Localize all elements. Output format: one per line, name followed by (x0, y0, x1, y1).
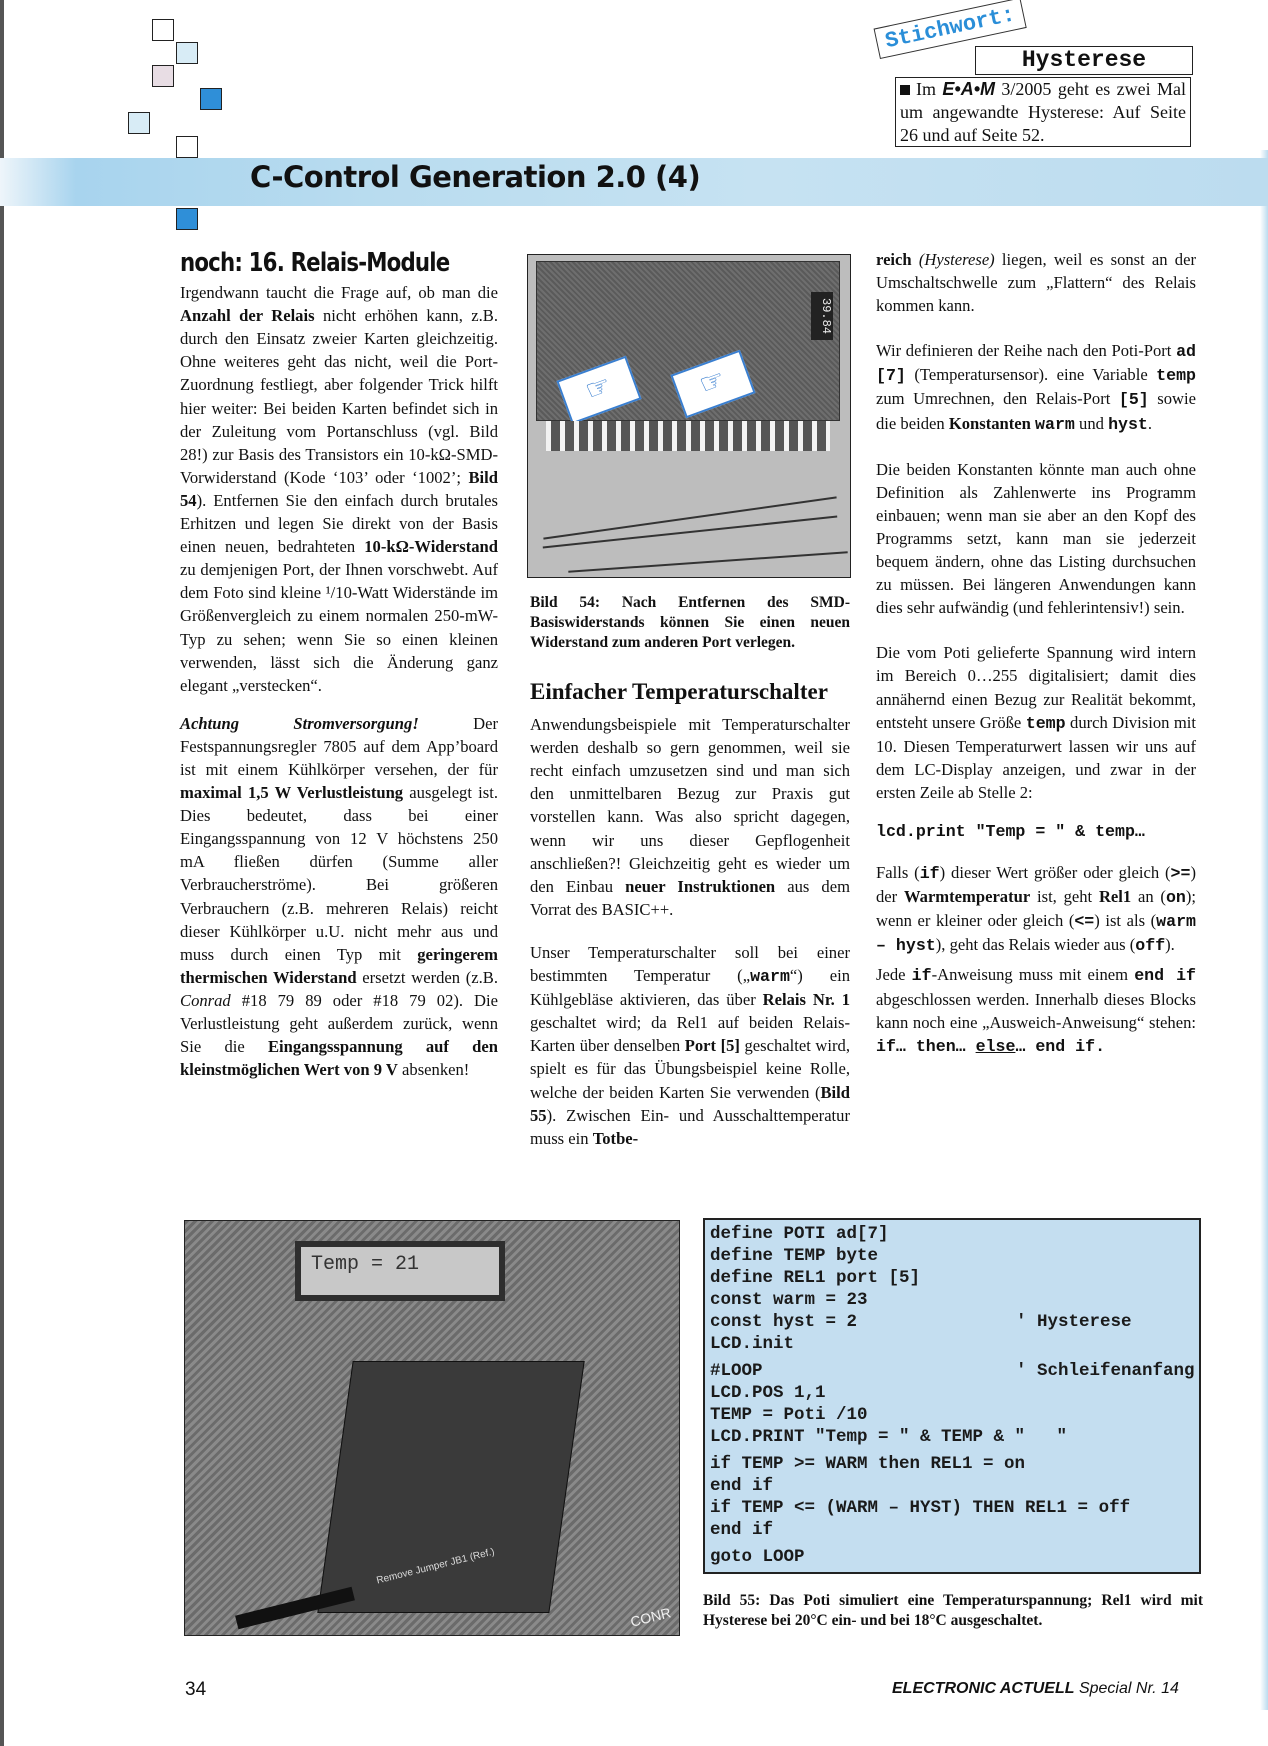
text-run: und (1075, 414, 1108, 433)
text-run: Anwendungsbeispiele mit Temperaturschalt… (530, 715, 850, 896)
text-run: end if (1134, 966, 1196, 985)
text-run: else (976, 1037, 1016, 1056)
text-run: (Hysterese) (919, 250, 995, 269)
code-text: end if (710, 1476, 773, 1496)
column-3: reich (Hysterese) liegen, weil es sonst … (876, 248, 1196, 1073)
paragraph: Unser Temperaturschalter soll bei einer … (530, 941, 850, 1150)
text-run: if (920, 864, 940, 883)
code-text: #LOOP (710, 1361, 763, 1381)
resistor-wire (568, 551, 847, 573)
edge-connector (546, 421, 830, 451)
code-line: define POTI ad[7] (710, 1223, 1194, 1245)
paragraph: Wir definieren der Reihe nach den Poti-P… (876, 339, 1196, 435)
stichwort-heading: Hysterese (975, 46, 1193, 75)
inline-code-line: lcd.print "Temp = " & temp… (876, 820, 1196, 843)
board-corner-print: CONR (628, 1604, 672, 1630)
text-run: 10-kΩ-Widerstand (364, 537, 498, 556)
text-run: … end if. (1015, 1037, 1105, 1056)
text-run: Port [5] (685, 1036, 740, 1055)
stichwort-box: Im E•A•M 3/2005 geht es zwei Mal um ange… (895, 77, 1191, 147)
code-line: const warm = 23 (710, 1289, 1194, 1311)
column-2: Einfacher Temperaturschalter Anwendungsb… (530, 680, 850, 1165)
magazine-name: E•A•M (942, 79, 995, 99)
decorative-square (128, 112, 150, 134)
section-heading: noch: 16. Relais-Module (180, 252, 441, 275)
code-text: TEMP = Poti /10 (710, 1405, 868, 1425)
code-text: goto LOOP (710, 1547, 805, 1567)
text-run: . (1148, 414, 1152, 433)
text-run: Irgendwann taucht die Frage auf, ob man … (180, 283, 498, 302)
square-bullet-icon (900, 85, 910, 95)
text-run: -Anweisung muss mit einem (932, 965, 1135, 984)
text-run: Rel1 (1099, 887, 1131, 906)
text-run: an ( (1131, 887, 1166, 906)
code-line: LCD.init (710, 1333, 1194, 1355)
text-run: temp (1026, 714, 1066, 733)
code-line: TEMP = Poti /10 (710, 1404, 1194, 1426)
publication-footer: ELECTRONIC ACTUELL Special Nr. 14 (892, 1680, 1179, 1698)
text-run: Warmtemperatur (904, 887, 1030, 906)
code-line: #LOOP' Schleifenanfang (710, 1360, 1194, 1382)
code-line: define REL1 port [5] (710, 1267, 1194, 1289)
stichwort-prefix: Im (916, 79, 936, 99)
decorative-square (176, 136, 198, 158)
text-run: ist, geht (1030, 887, 1099, 906)
text-run: reich (876, 250, 912, 269)
text-run: neuer Instruktionen (625, 877, 775, 896)
text-run: (Temperatursensor). eine Variable (906, 365, 1156, 384)
text-run: ausgelegt ist. Dies bedeutet, dass bei e… (180, 783, 498, 964)
board-label: 39.84 (811, 292, 833, 340)
paragraph: Achtung Stromversorgung! Der Festspannun… (180, 712, 498, 1082)
subsection-heading: Einfacher Temperaturschalter (530, 680, 850, 703)
text-run: Jede (876, 965, 912, 984)
column-1: noch: 16. Relais-Module Irgendwann tauch… (180, 252, 498, 1096)
decorative-square (152, 65, 174, 87)
figure-54-photo: 39.84 ☞ ☞ (527, 254, 851, 578)
code-line: if TEMP <= (WARM – HYST) THEN REL1 = off (710, 1497, 1194, 1519)
decorative-square (176, 42, 198, 64)
text-run: Falls ( (876, 863, 920, 882)
code-line: define TEMP byte (710, 1245, 1194, 1267)
text-run: ), geht das Relais wieder aus ( (936, 935, 1136, 954)
text-run: temp (1156, 366, 1196, 385)
code-text: define REL1 port [5] (710, 1268, 920, 1288)
text-run: Conrad (180, 991, 231, 1010)
code-text: if TEMP >= WARM then REL1 = on (710, 1454, 1025, 1474)
text-run: ). (1165, 935, 1175, 954)
figure-55-photo: Temp = 21 Remove Jumper JB1 (Ref.) CONR (184, 1220, 680, 1636)
code-line: if TEMP >= WARM then REL1 = on (710, 1453, 1194, 1475)
code-line: const hyst = 2' Hysterese (710, 1311, 1194, 1333)
code-text: end if (710, 1520, 773, 1540)
text-run: ). Zwischen Ein- und Ausschalttemperatur… (530, 1106, 850, 1148)
text-run: warm (750, 967, 790, 986)
figure-55-caption: Bild 55: Das Poti simuliert eine Tempera… (703, 1591, 1203, 1631)
code-line: LCD.POS 1,1 (710, 1382, 1194, 1404)
text-run: [5] (1119, 390, 1149, 409)
text-run: Achtung Stromversorgung! (180, 714, 419, 733)
text-run: zu demjenigen Port, der Ihnen vorschwebt… (180, 560, 498, 694)
decorative-square (200, 88, 222, 110)
figure-54-caption: Bild 54: Nach Entfernen des SMD-Basiswid… (530, 593, 850, 653)
text-run: >= (1171, 864, 1191, 883)
code-comment: ' Hysterese (1016, 1311, 1132, 1333)
text-run: ) ist als ( (1094, 911, 1156, 930)
page-scan-edge (0, 0, 4, 1746)
code-line: end if (710, 1475, 1194, 1497)
code-text: LCD.PRINT "Temp = " & TEMP & " " (710, 1427, 1067, 1447)
code-text: const hyst = 2 (710, 1312, 857, 1332)
text-run (912, 250, 919, 269)
text-run: Wir definieren der Reihe nach den Poti-P… (876, 341, 1176, 360)
text-run: Die beiden Konstanten könnte man auch oh… (876, 460, 1196, 618)
text-run: ersetzt werden (z.B. (357, 968, 498, 987)
code-text: define TEMP byte (710, 1246, 878, 1266)
text-run: <= (1074, 912, 1094, 931)
text-run: Totbe- (593, 1129, 639, 1148)
lcd-display: Temp = 21 (295, 1241, 505, 1301)
code-text: LCD.init (710, 1334, 794, 1354)
text-run: abgeschlossen werden. Innerhalb dieses B… (876, 990, 1196, 1032)
text-run: zum Umrechnen, den Relais-Port (876, 389, 1119, 408)
text-run: warm (1035, 415, 1075, 434)
text-run: ) dieser Wert größer oder gleich ( (940, 863, 1171, 882)
text-run: if… then… (876, 1037, 976, 1056)
text-run: Relais Nr. 1 (763, 990, 850, 1009)
publication-issue: Special Nr. 14 (1075, 1680, 1179, 1697)
paragraph: Falls (if) dieser Wert größer oder gleic… (876, 861, 1196, 957)
text-run: off (1135, 936, 1165, 955)
publication-name: ELECTRONIC ACTUELL (892, 1680, 1075, 1697)
code-text: LCD.POS 1,1 (710, 1383, 826, 1403)
code-listing: define POTI ad[7]define TEMP bytedefine … (703, 1218, 1201, 1574)
code-line: goto LOOP (710, 1546, 1194, 1568)
text-run: hyst (1108, 415, 1148, 434)
code-line: end if (710, 1519, 1194, 1541)
page-number: 34 (185, 1679, 206, 1701)
text-run: nicht erhöhen kann, z.B. durch den Einsa… (180, 306, 498, 487)
paragraph: Anwendungsbeispiele mit Temperaturschalt… (530, 713, 850, 921)
resistor-wire (543, 496, 836, 539)
paragraph: Jede if-Anweisung muss mit einem end if … (876, 963, 1196, 1057)
decorative-square (176, 208, 198, 230)
text-run: maximal 1,5 W Verlustleistung (180, 783, 403, 802)
code-text: if TEMP <= (WARM – HYST) THEN REL1 = off (710, 1498, 1130, 1518)
paragraph: Die beiden Konstanten könnte man auch oh… (876, 458, 1196, 620)
text-run: on (1166, 888, 1186, 907)
page-scan-edge-right (1260, 150, 1268, 1710)
paragraph: reich (Hysterese) liegen, weil es sonst … (876, 248, 1196, 317)
text-run: absenken! (398, 1060, 469, 1079)
code-line: LCD.PRINT "Temp = " & TEMP & " " (710, 1426, 1194, 1448)
application-board (317, 1361, 584, 1613)
article-title: C-Control Generation 2.0 (4) (250, 160, 700, 194)
paragraph: Irgendwann taucht die Frage auf, ob man … (180, 281, 498, 697)
paragraph: Die vom Poti gelieferte Spannung wird in… (876, 641, 1196, 804)
text-run: if (912, 966, 932, 985)
code-text: define POTI ad[7] (710, 1224, 889, 1244)
decorative-square (152, 19, 174, 41)
text-run: Konstanten (949, 414, 1031, 433)
code-comment: ' Schleifenanfang (1016, 1360, 1195, 1382)
text-run: Anzahl der Relais (180, 306, 315, 325)
code-text: const warm = 23 (710, 1290, 868, 1310)
